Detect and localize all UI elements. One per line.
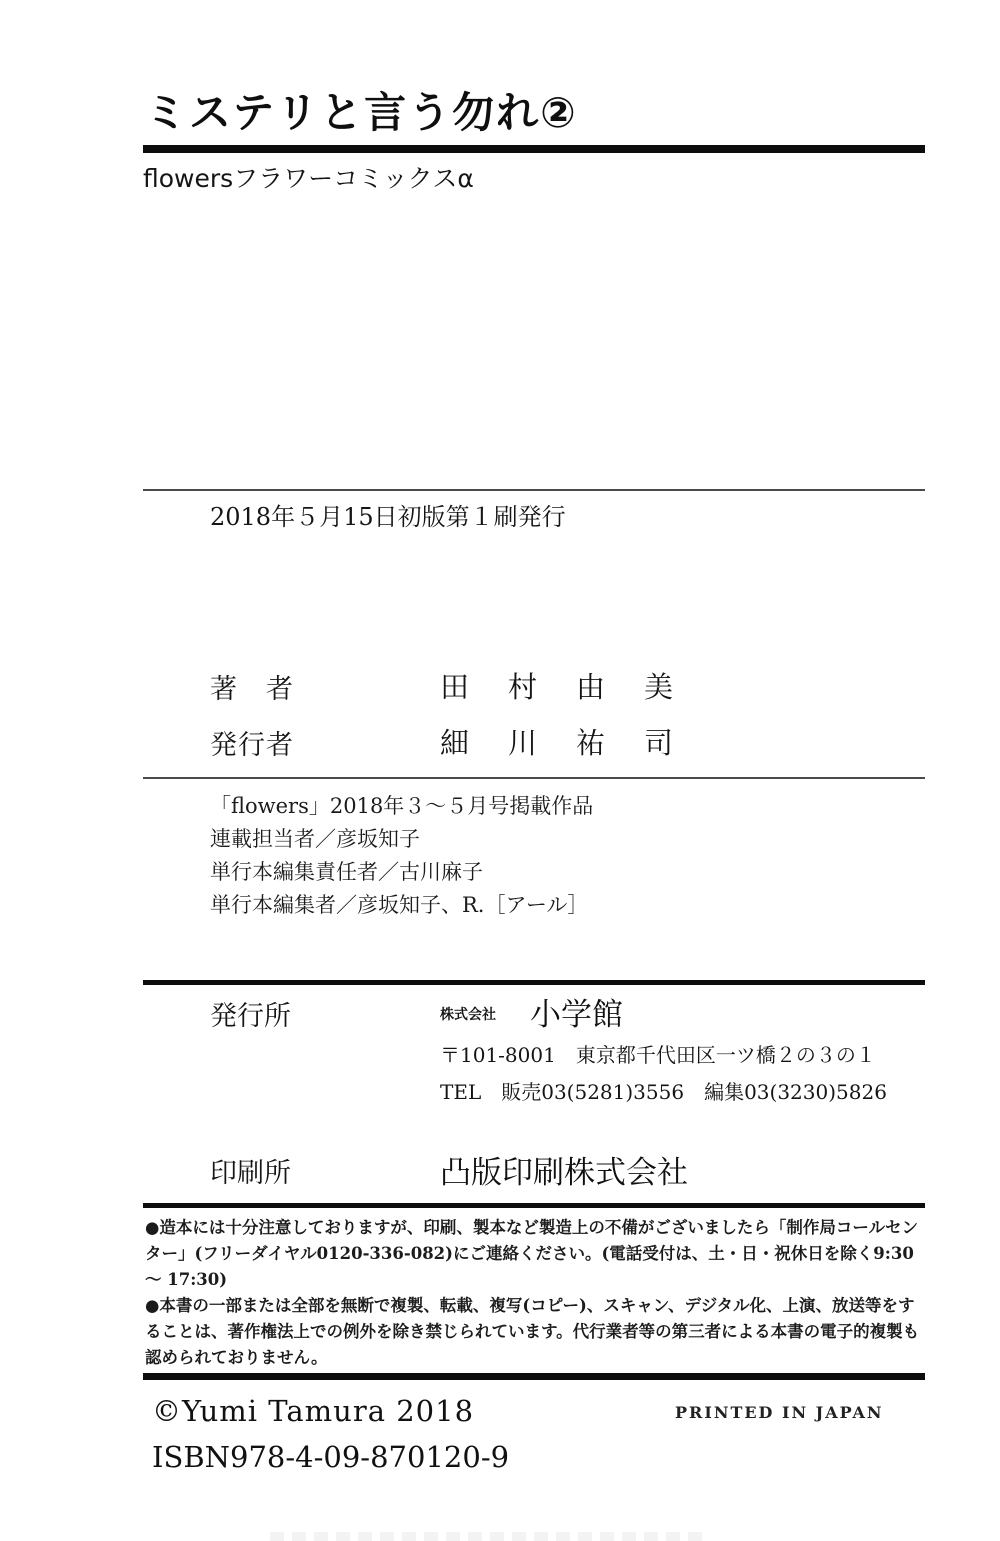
defect-notice: ●造本には十分注意しておりますが、印刷、製本など製造上の不備がございましたら「制… <box>145 1215 925 1293</box>
footer-rule <box>143 1373 925 1380</box>
printer-rule <box>143 1203 925 1208</box>
publisher-address: 〒101-8001 東京都千代田区一ツ橋２の３の１ <box>440 1045 876 1065</box>
copyright-line: ©Yumi Tamura 2018 <box>152 1397 474 1426</box>
author-name: 田村由美 <box>440 673 712 702</box>
book-title: ミステリと言う勿れ② <box>145 92 578 134</box>
edition-date: 2018年５月15日初版第１刷発行 <box>210 505 566 529</box>
publisher-phone: TEL 販売03(5281)3556 編集03(3230)5826 <box>440 1082 887 1102</box>
barcode-bleed <box>270 1532 710 1541</box>
issuer-name: 細川祐司 <box>440 729 712 758</box>
issuer-label: 発行者 <box>210 732 294 759</box>
serialization-info: 「flowers」2018年３～５月号掲載作品 <box>210 796 593 817</box>
printer-name: 凸版印刷株式会社 <box>440 1158 688 1189</box>
chief-editor: 単行本編集責任者／古川麻子 <box>210 862 483 883</box>
isbn: ISBN978-4-09-870120-9 <box>152 1443 509 1472</box>
publisher-rule <box>143 980 925 985</box>
copyright-notice: ●本書の一部または全部を無断で複製、転載、複写(コピー)、スキャン、デジタル化、… <box>145 1293 925 1371</box>
publisher-corp-type: 株式会社 <box>440 1008 496 1022</box>
edition-rule <box>143 489 925 491</box>
title-rule <box>143 145 925 153</box>
notices: ●造本には十分注意しておりますが、印刷、製本など製造上の不備がございましたら「制… <box>145 1215 925 1371</box>
printer-label: 印刷所 <box>210 1160 291 1187</box>
series-label: flowersフラワーコミックスα <box>143 166 474 191</box>
printed-in-japan: PRINTED IN JAPAN <box>675 1405 884 1421</box>
series-editor: 連載担当者／彦坂知子 <box>210 829 420 850</box>
publisher-label: 発行所 <box>210 1003 291 1030</box>
credits-rule <box>143 777 925 779</box>
volume-editors: 単行本編集者／彦坂知子、R.［アール］ <box>210 895 588 916</box>
publisher-name: 小学館 <box>530 1000 623 1031</box>
author-label: 著 者 <box>210 676 294 703</box>
